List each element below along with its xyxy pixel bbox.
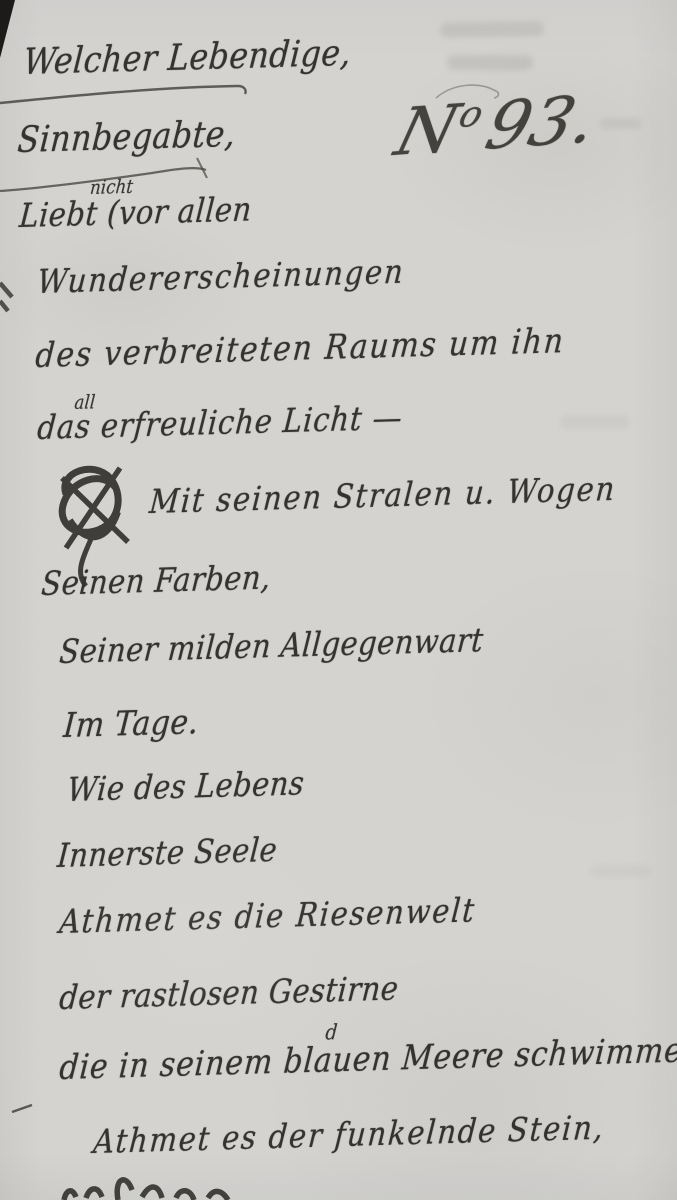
manuscript-line-14: der rastlosen Gestirne [58, 968, 400, 1017]
manuscript-line-3: Liebt (vor allen nicht [18, 189, 253, 235]
print-bleedthrough-line [590, 865, 650, 877]
manuscript-line-8: Seinen Farben, [40, 557, 272, 603]
page-number: No 93. [388, 81, 605, 171]
manuscript-line-5: des verbreiteten Raums um ihn [34, 321, 566, 376]
manuscript-line-3-text: Liebt (vor allen [18, 189, 253, 235]
inserted-word-nicht: nicht [89, 176, 134, 199]
manuscript-page: No 93. Welcher Lebendige, Sinnbegabte, L… [0, 0, 677, 1200]
underline-end-tick [197, 158, 207, 178]
manuscript-line-13: Athmet es die Riesenwelt [58, 890, 477, 941]
inserted-letter-d: d [325, 1020, 339, 1044]
manuscript-line-4: Wundererscheinungen [36, 252, 406, 301]
manuscript-line-12: Innerste Seele [56, 830, 279, 875]
manuscript-line-6: das erfreuliche Licht — all [36, 398, 404, 447]
manuscript-line-9: Seiner milden Allgegenwart [58, 620, 485, 671]
page-number-value: 93. [478, 81, 605, 165]
corner-scan-artifact [0, 0, 15, 58]
edge-mark [0, 283, 12, 311]
manuscript-line-15: die in seinem blauen Meere schwimmen, d [58, 1030, 677, 1088]
manuscript-line-15-text: die in seinem blauen Meere schwimmen, [58, 1030, 677, 1088]
manuscript-line-16: Athmet es der funkelnde Stein, [92, 1108, 606, 1161]
manuscript-line-10: Im Tage. [62, 702, 200, 746]
clipped-bottom-line [64, 1180, 228, 1200]
inserted-word-all: all [74, 391, 96, 414]
manuscript-line-1: Welcher Lebendige, [22, 33, 353, 83]
manuscript-line-11: Wie des Lebens [66, 763, 306, 809]
manuscript-line-7: Mit seinen Stralen u. Wogen [148, 469, 618, 521]
print-bleedthrough-line [600, 118, 642, 129]
print-bleedthrough-line [440, 21, 544, 38]
print-bleedthrough-line [447, 55, 533, 70]
page-number-prefix: N [388, 90, 467, 171]
edge-mark [12, 1105, 32, 1112]
manuscript-line-2: Sinnbegabte, [16, 114, 237, 161]
print-bleedthrough-line [560, 415, 630, 429]
underline-stroke-1 [0, 86, 246, 103]
